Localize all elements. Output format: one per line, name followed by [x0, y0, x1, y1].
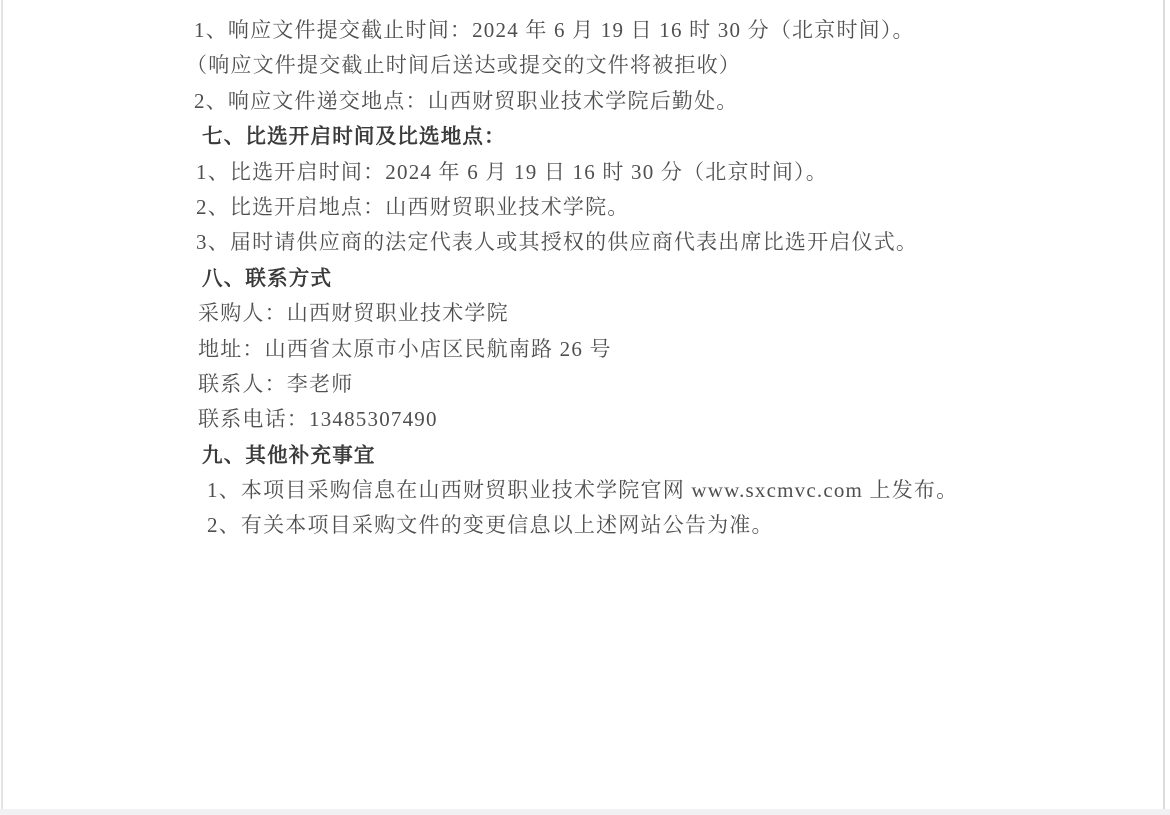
document-body: 1、响应文件提交截止时间：2024 年 6 月 19 日 16 时 30 分（北…: [186, 13, 1166, 544]
doc-line-rejection-note: （响应文件提交截止时间后送达或提交的文件将被拒收）: [186, 48, 1166, 83]
doc-line-publish-website: 1、本项目采购信息在山西财贸职业技术学院官网 www.sxcmvc.com 上发…: [186, 473, 1166, 508]
doc-line-contact-person: 联系人：李老师: [186, 367, 1166, 402]
section-heading-7: 七、比选开启时间及比选地点：: [186, 119, 1166, 154]
doc-line-purchaser: 采购人：山西财贸职业技术学院: [186, 296, 1166, 331]
doc-line-open-time: 1、比选开启时间：2024 年 6 月 19 日 16 时 30 分（北京时间）…: [186, 155, 1166, 190]
page-left-edge: [1, 0, 3, 809]
doc-line-submission-deadline: 1、响应文件提交截止时间：2024 年 6 月 19 日 16 时 30 分（北…: [186, 13, 1166, 48]
page-bottom-edge: [0, 809, 1170, 815]
doc-line-address: 地址：山西省太原市小店区民航南路 26 号: [186, 332, 1166, 367]
section-heading-9: 九、其他补充事宜: [186, 438, 1166, 473]
section-heading-8: 八、联系方式: [186, 261, 1166, 296]
doc-line-contact-phone: 联系电话：13485307490: [186, 402, 1166, 437]
doc-line-submission-place: 2、响应文件递交地点：山西财贸职业技术学院后勤处。: [186, 84, 1166, 119]
doc-line-change-notice: 2、有关本项目采购文件的变更信息以上述网站公告为准。: [186, 508, 1166, 543]
document-page: { "page": { "background": "#ffffff", "ed…: [0, 0, 1170, 815]
doc-line-open-place: 2、比选开启地点：山西财贸职业技术学院。: [186, 190, 1166, 225]
doc-line-open-attendance: 3、届时请供应商的法定代表人或其授权的供应商代表出席比选开启仪式。: [186, 225, 1166, 260]
